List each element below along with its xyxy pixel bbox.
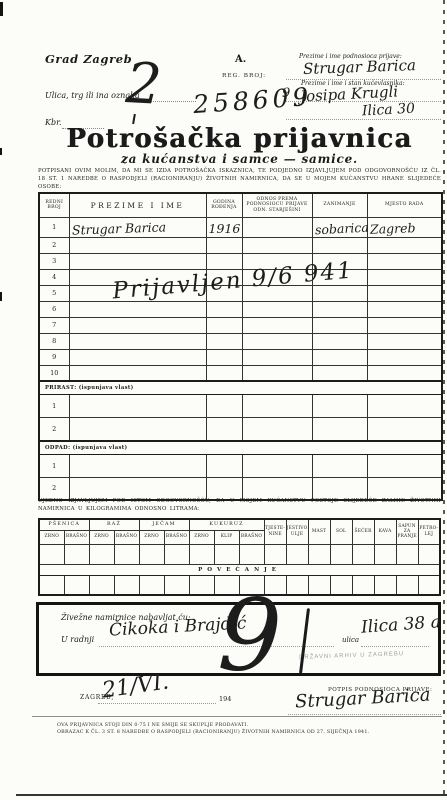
col-petrolej: PETRO- LEJ (418, 519, 440, 544)
cell (242, 317, 312, 333)
cell (69, 477, 206, 500)
cell (242, 454, 312, 477)
cell (69, 317, 206, 333)
sub-zrno: ZRNO (189, 530, 214, 544)
table-row: 1 Strugar Barica 1916 sobarica Zagreb (39, 217, 442, 237)
handwritten-occupation: sobarica (314, 221, 368, 236)
section-letter: A. (235, 54, 246, 65)
fine-print-line2: OBRAZAC K ČL. 3 ST. 8 NAREDBE O RASPODJE… (57, 728, 369, 735)
sub-brasno: BRAŠNO (64, 530, 89, 544)
street-fill-line2 (361, 645, 429, 647)
supply-cell (352, 544, 374, 564)
cell (242, 349, 312, 365)
sub-klip: KLIP (214, 530, 239, 544)
row-number: 5 (39, 285, 69, 301)
signature-fill-line (288, 713, 441, 715)
handwritten-landlord-address: Ilica 30 (362, 101, 416, 120)
cell (242, 477, 312, 500)
cell (367, 333, 442, 349)
row-number: 3 (39, 253, 69, 269)
table-row: 8 (39, 333, 442, 349)
cell (206, 237, 242, 253)
archive-stamp: DRŽAVNI ARHIV U ZAGREBU (299, 651, 404, 661)
row-number: 4 (39, 269, 69, 285)
cell (242, 395, 312, 418)
supply-cell (89, 575, 114, 595)
sub-zrno: ZRNO (39, 530, 64, 544)
table-row: 6 (39, 301, 442, 317)
form-title: Potrošačka prijavnica (38, 124, 441, 154)
cell (206, 395, 242, 418)
odpad-label: ODPAD: (ispunjava vlast) (39, 441, 442, 455)
cell (69, 333, 206, 349)
handwritten-signature: Strugar Barica (295, 684, 431, 712)
cell-year: 1916 (206, 217, 242, 237)
col-tjestenine: TJESTE- NINE (264, 519, 286, 544)
cell (206, 333, 242, 349)
col-redni-broj: REDNI BROJ (39, 193, 69, 217)
cell-occupation: sobarica (312, 217, 367, 237)
sub-zrno: ZRNO (89, 530, 114, 544)
cell (312, 454, 367, 477)
cell-relation (242, 217, 312, 237)
cell (206, 477, 242, 500)
supply-cell (64, 575, 89, 595)
supplies-paragraph: UJEDNO IZJAVLJUJEM POD ISTOM ODGOVORNOŠĆ… (38, 498, 441, 514)
cell (367, 365, 442, 381)
street-word-label: ulica (342, 636, 359, 644)
col-secer: ŠEĆER (352, 519, 374, 544)
handwritten-year: 1916 (209, 223, 241, 236)
cell (242, 365, 312, 381)
row-number: 10 (39, 365, 69, 381)
handwritten-side-mark: 9 (282, 86, 290, 101)
cell (206, 349, 242, 365)
col-odnos: ODNOS PREMA PODNOSIOCU PRIJAVE ODN. STAR… (242, 193, 312, 217)
cell (367, 454, 442, 477)
row-number: 2 (39, 237, 69, 253)
cell (367, 301, 442, 317)
household-table: REDNI BROJ PREZIME I IME GODINA ROĐENJA … (38, 192, 443, 501)
table-row: 1 (39, 454, 442, 477)
cell (312, 395, 367, 418)
col-mjesto-rada: MJESTO RADA (367, 193, 442, 217)
scan-mark (0, 2, 3, 16)
cell (312, 285, 367, 301)
cell (242, 418, 312, 441)
table-row: 7 (39, 317, 442, 333)
scan-bottom-edge (16, 794, 447, 796)
scan-mark (0, 292, 2, 301)
supply-cell (214, 544, 239, 564)
cell (206, 418, 242, 441)
handwritten-place: Zagreb (369, 222, 415, 236)
supply-cell (164, 544, 189, 564)
cell (312, 477, 367, 500)
cell (69, 301, 206, 317)
table-row: 2 (39, 237, 442, 253)
supply-cell (114, 575, 139, 595)
supply-cell (418, 544, 440, 564)
supply-cell (286, 575, 308, 595)
cell (69, 253, 206, 269)
supply-cell (396, 544, 418, 564)
cell (206, 454, 242, 477)
sub-brasno: BRAŠNO (239, 530, 264, 544)
year-label: 194 (219, 695, 231, 703)
increase-row: POVEĆANJE (39, 564, 440, 575)
cell (69, 365, 206, 381)
row-number: 1 (39, 395, 69, 418)
cell (312, 237, 367, 253)
group-kukuruz: KUKURUZ (189, 519, 264, 530)
cell (69, 237, 206, 253)
handwritten-shop-street: Ilica 38 a (360, 612, 441, 638)
cell (69, 418, 206, 441)
reg-number-label: REG. BROJ: (222, 73, 266, 79)
scan-mark (0, 148, 2, 155)
supplies-data-row (39, 544, 440, 564)
cell (312, 349, 367, 365)
group-jecam: JEČAM (139, 519, 189, 530)
city-name: Grad Zagreb (45, 52, 132, 66)
scanned-form-page: Grad Zagreb Ulica, trg ili ina oznaka Kb… (0, 0, 447, 800)
row-number: 1 (39, 217, 69, 237)
supply-cell (418, 575, 440, 595)
supply-cell (89, 544, 114, 564)
form-subtitle: za kućanstva i samce — samice. (38, 152, 441, 166)
handwritten-street-mark: 2 (124, 51, 163, 118)
supply-cell (64, 544, 89, 564)
cell (69, 454, 206, 477)
handwritten-flourish-9: 9 (216, 585, 283, 687)
row-number: 1 (39, 454, 69, 477)
cell (206, 365, 242, 381)
handwritten-tick (132, 114, 136, 124)
cell (312, 301, 367, 317)
col-zanimanje: ZANIMANJE (312, 193, 367, 217)
cell (312, 333, 367, 349)
table-row: 1 (39, 395, 442, 418)
footer-separator (32, 716, 442, 717)
col-kava: KAVA (374, 519, 396, 544)
supply-cell (139, 544, 164, 564)
supply-cell (374, 575, 396, 595)
supply-cell (239, 544, 264, 564)
supply-cell (374, 544, 396, 564)
group-psenica: PŠENICA (39, 519, 89, 530)
supply-cell (286, 544, 308, 564)
cell (312, 365, 367, 381)
cell (367, 477, 442, 500)
row-number: 6 (39, 301, 69, 317)
prirast-label: PRIRAST: (ispunjava vlast) (39, 381, 442, 395)
supply-cell (308, 544, 330, 564)
supplies-group-header-row: PŠENICA RAŽ JEČAM KUKURUZ TJESTE- NINE J… (39, 519, 440, 530)
cell (367, 253, 442, 269)
supply-cell (352, 575, 374, 595)
row-number: 9 (39, 349, 69, 365)
supply-cell (330, 575, 352, 595)
cell-place: Zagreb (367, 217, 442, 237)
supply-cell (308, 575, 330, 595)
supply-cell (164, 575, 189, 595)
supply-cell (189, 544, 214, 564)
cell (242, 333, 312, 349)
supply-cell (330, 544, 352, 564)
shop-fill-line (99, 645, 334, 647)
cell (206, 317, 242, 333)
supply-cell (189, 575, 214, 595)
cell (242, 301, 312, 317)
prirast-section-row: PRIRAST: (ispunjava vlast) (39, 381, 442, 395)
col-mast: MAST (308, 519, 330, 544)
sub-brasno: BRAŠNO (164, 530, 189, 544)
cell (69, 395, 206, 418)
supply-cell (396, 575, 418, 595)
intro-paragraph: POTPISANI OVIM MOLIM, DA MI SE IZDA POTR… (38, 168, 441, 192)
cell (367, 269, 442, 285)
col-jestivo-ulje: JESTIVO ULJE (286, 519, 308, 544)
table-row: 10 (39, 365, 442, 381)
cell (367, 317, 442, 333)
cell (367, 418, 442, 441)
shop-label: U radnji (61, 635, 94, 644)
sub-brasno: BRAŠNO (114, 530, 139, 544)
col-sol: SOL (330, 519, 352, 544)
perforation-edge (443, 0, 445, 800)
col-sapun: SAPUN ZA PRANJE (396, 519, 418, 544)
table-row: 9 (39, 349, 442, 365)
cell (367, 349, 442, 365)
row-number: 2 (39, 477, 69, 500)
odpad-section-row: ODPAD: (ispunjava vlast) (39, 441, 442, 455)
col-prezime-ime: PREZIME I IME (69, 193, 206, 217)
col-godina: GODINA ROĐENJA (206, 193, 242, 217)
group-raz: RAŽ (89, 519, 139, 530)
increase-label: POVEĆANJE (39, 564, 440, 575)
cell (367, 285, 442, 301)
row-number: 8 (39, 333, 69, 349)
fine-print-line1: OVA PRIJAVNICA STOJI DIN 0·75 I NE SMIJE… (57, 721, 369, 728)
supply-cell (264, 544, 286, 564)
supply-cell (39, 544, 64, 564)
cell (312, 317, 367, 333)
table-row: 2 (39, 477, 442, 500)
cell (242, 237, 312, 253)
supply-cell (139, 575, 164, 595)
row-number: 7 (39, 317, 69, 333)
sub-zrno: ZRNO (139, 530, 164, 544)
handwritten-applicant-name: Strugar Barica (303, 56, 416, 78)
table-row: 2 (39, 418, 442, 441)
cell (312, 418, 367, 441)
cell-name: Strugar Barica (69, 217, 206, 237)
cell (367, 395, 442, 418)
row-number: 2 (39, 418, 69, 441)
cell (367, 237, 442, 253)
fine-print: OVA PRIJAVNICA STOJI DIN 0·75 I NE SMIJE… (57, 721, 447, 744)
supply-cell (114, 544, 139, 564)
cell (69, 349, 206, 365)
household-header-row: REDNI BROJ PREZIME I IME GODINA ROĐENJA … (39, 193, 442, 217)
supply-cell (39, 575, 64, 595)
handwritten-name: Strugar Barica (71, 221, 165, 237)
date-fill-line (98, 702, 216, 704)
cell (206, 301, 242, 317)
